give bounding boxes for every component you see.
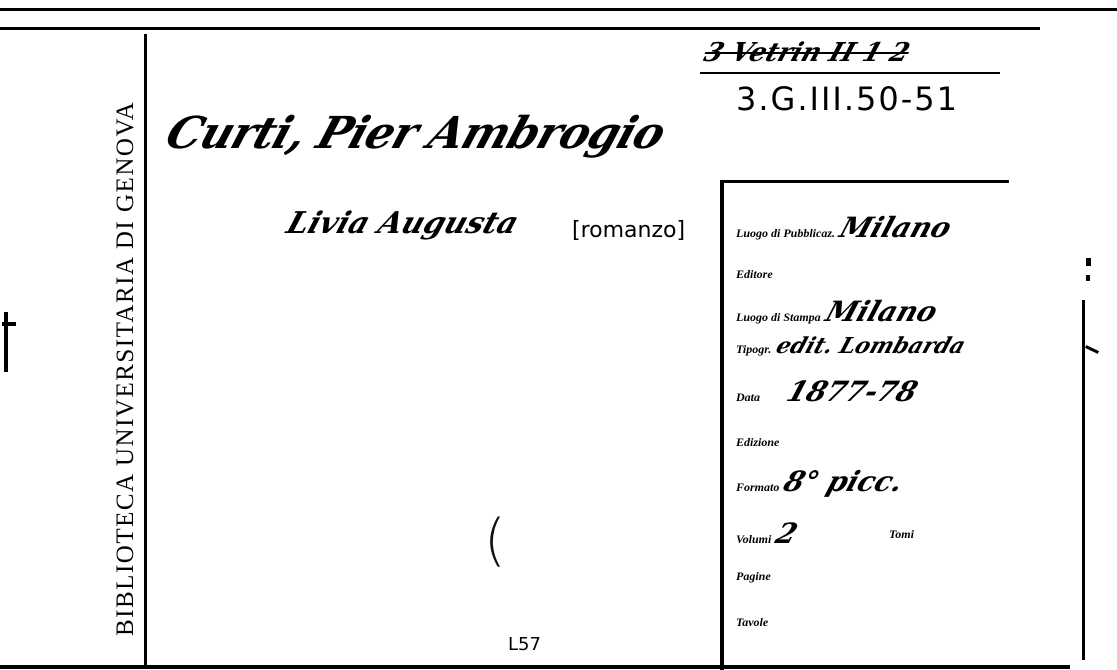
- field-publisher: Editore: [736, 267, 779, 282]
- field-volumes: Volumi 2: [736, 517, 797, 550]
- inventory-number: L57: [508, 634, 541, 655]
- field-format: Formato 8° picc.: [736, 465, 903, 498]
- field-date: Data 1877-78: [736, 375, 917, 408]
- card-right-edge: [1082, 300, 1085, 660]
- bibliographic-form: Luogo di Pubblicaz. Milano Editore Luogo…: [720, 180, 1009, 670]
- margin-mark: [4, 312, 8, 372]
- book-title: Livia Augusta: [282, 206, 523, 241]
- genre-note: [romanzo]: [572, 218, 685, 243]
- shelfmark-current: 3.G.III.50-51: [736, 80, 959, 118]
- institution-stamp: BIBLIOTECA UNIVERSITARIA DI GENOVA: [112, 56, 140, 636]
- field-tomi: Tomi: [889, 527, 914, 542]
- shelfmark-underline: [700, 72, 1000, 74]
- field-printer: Tipogr. edit. Lombarda: [736, 333, 965, 359]
- margin-mark: [1086, 258, 1091, 266]
- margin-divider: [144, 34, 147, 666]
- field-edition: Edizione: [736, 435, 785, 450]
- card-top-rule: [0, 27, 1040, 30]
- pencil-parenthesis: (: [484, 508, 506, 573]
- shelfmark-old-struck: 3 Vetrin II 1 2: [700, 38, 913, 68]
- field-place-of-publication: Luogo di Pubblicaz. Milano: [736, 211, 950, 244]
- card-top-edge: [0, 8, 1117, 11]
- margin-mark: [1085, 345, 1099, 354]
- field-place-of-printing: Luogo di Stampa Milano: [736, 295, 936, 328]
- author-heading: Curti, Pier Ambrogio: [160, 108, 672, 159]
- field-plates: Tavole: [736, 615, 774, 630]
- margin-mark: [1086, 275, 1090, 281]
- field-pages: Pagine: [736, 569, 777, 584]
